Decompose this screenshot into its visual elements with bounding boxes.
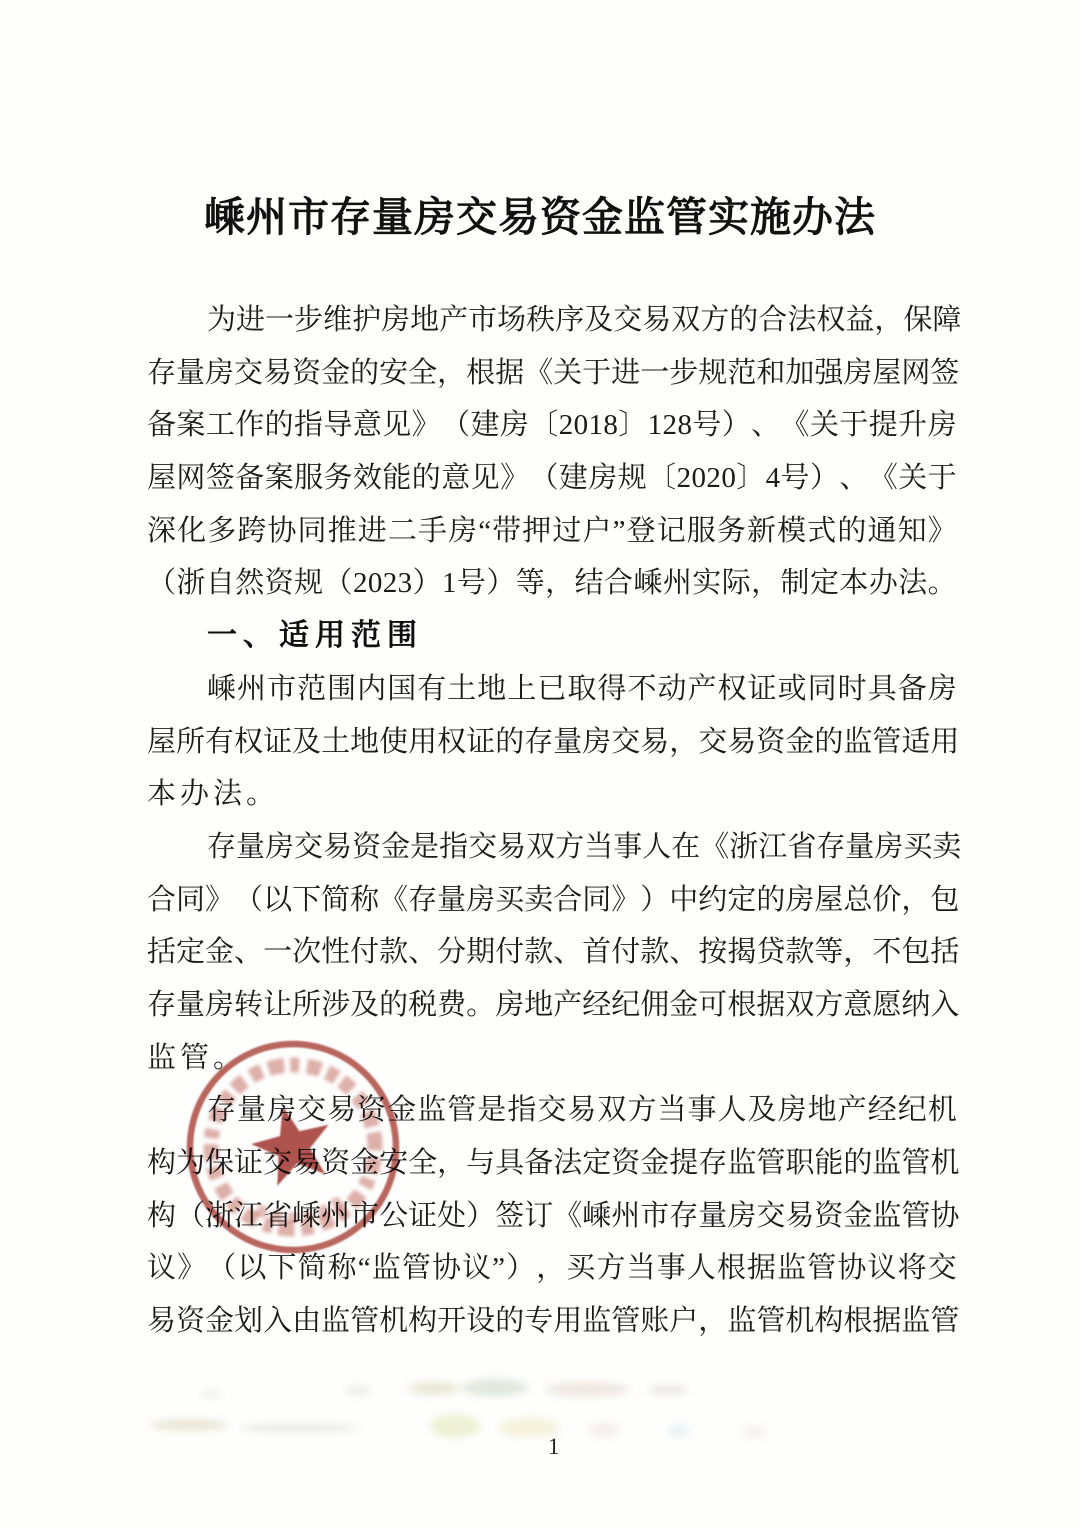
body-line: 深化多跨协同推进二手房“带押过户”登记服务新模式的通知》 bbox=[147, 505, 957, 558]
section-heading: 一、适用范围 bbox=[147, 610, 957, 663]
body-line: 存量房交易资金监管是指交易双方当事人及房地产经纪机 bbox=[147, 1084, 957, 1137]
body-line: 备案工作的指导意见》（建房〔2018〕128号）、《关于提升房 bbox=[147, 399, 957, 452]
scan-artifact bbox=[240, 1423, 358, 1433]
scan-artifact bbox=[742, 1427, 768, 1437]
body-line: 监管。 bbox=[147, 1032, 957, 1085]
body-line: 存量房交易资金的安全，根据《关于进一步规范和加强房屋网签 bbox=[147, 347, 957, 400]
body-line: 存量房交易资金是指交易双方当事人在《浙江省存量房买卖 bbox=[147, 821, 957, 874]
body-line: 屋网签备案服务效能的意见》（建房规〔2020〕4号）、《关于 bbox=[147, 452, 957, 505]
scan-artifact bbox=[462, 1379, 528, 1396]
scan-artifact bbox=[200, 1390, 222, 1398]
scan-artifact bbox=[588, 1422, 620, 1437]
scanned-document-page: 嵊州市存量房交易资金监管实施办法 为进一步维护房地产市场秩序及交易双方的合法权益… bbox=[0, 0, 1080, 1528]
body-line: 构（浙江省嵊州市公证处）签订《嵊州市存量房交易资金监管协 bbox=[147, 1190, 957, 1243]
body-line: 存量房转让所涉及的税费。房地产经纪佣金可根据双方意愿纳入 bbox=[147, 979, 957, 1032]
body-line: 嵊州市范围内国有土地上已取得不动产权证或同时具备房 bbox=[147, 663, 957, 716]
body-line: 议》（以下简称“监管协议”），买方当事人根据监管协议将交 bbox=[147, 1242, 957, 1295]
body-line: 括定金、一次性付款、分期付款、首付款、按揭贷款等，不包括 bbox=[147, 926, 957, 979]
scan-artifact bbox=[408, 1382, 460, 1395]
scan-artifact bbox=[648, 1385, 688, 1395]
body-line: 合同》（以下简称《存量房买卖合同》）中约定的房屋总价，包 bbox=[147, 874, 957, 927]
body-line: （浙自然资规（2023）1号）等，结合嵊州实际，制定本办法。 bbox=[147, 557, 957, 610]
scan-artifact bbox=[430, 1414, 480, 1438]
document-title: 嵊州市存量房交易资金监管实施办法 bbox=[0, 184, 1080, 243]
body-line: 为进一步维护房地产市场秩序及交易双方的合法权益，保障 bbox=[147, 294, 957, 347]
body-line: 构为保证交易资金安全，与具备法定资金提存监管职能的监管机 bbox=[147, 1137, 957, 1190]
body-line: 本办法。 bbox=[147, 768, 957, 821]
scan-artifact bbox=[545, 1382, 629, 1397]
body-line: 屋所有权证及土地使用权证的存量房交易，交易资金的监管适用 bbox=[147, 716, 957, 769]
scan-artifact bbox=[668, 1425, 690, 1437]
scan-artifact bbox=[345, 1386, 371, 1395]
document-body: 为进一步维护房地产市场秩序及交易双方的合法权益，保障 存量房交易资金的安全，根据… bbox=[147, 294, 957, 1348]
scan-artifact bbox=[150, 1419, 228, 1431]
page-number: 1 bbox=[548, 1434, 560, 1460]
body-line: 易资金划入由监管机构开设的专用监管账户，监管机构根据监管 bbox=[147, 1295, 957, 1348]
